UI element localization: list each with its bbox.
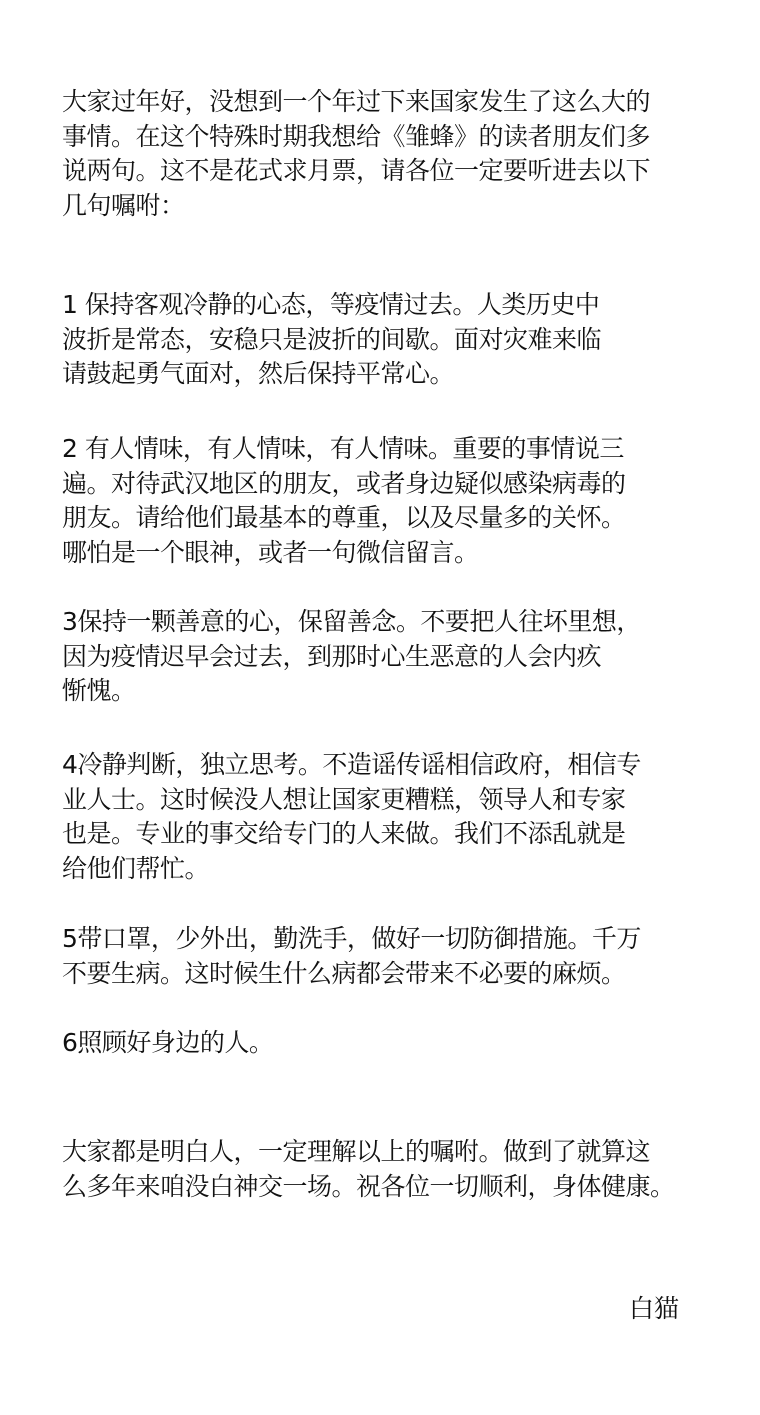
text-line: 朋友。请给他们最基本的尊重，以及尽量多的关怀。 [62, 501, 626, 536]
text-line: 业人士。这时候没人想让国家更糟糕，领导人和专家 [62, 783, 641, 818]
text-line: 大家过年好，没想到一个年过下来国家发生了这么大的 [62, 85, 650, 120]
text-line: 3保持一颗善意的心，保留善念。不要把人往坏里想， [62, 605, 641, 640]
text-line: 波折是常态，安稳只是波折的间歇。面对灾难来临 [62, 323, 601, 358]
text-line: 遍。对待武汉地区的朋友，或者身边疑似感染病毒的 [62, 467, 626, 502]
text-line: 惭愧。 [62, 674, 641, 709]
text-line: 5带口罩，少外出，勤洗手，做好一切防御措施。千万 [62, 922, 641, 957]
point-5: 5带口罩，少外出，勤洗手，做好一切防御措施。千万 不要生病。这时候生什么病都会带… [62, 922, 641, 991]
text-line: 给他们帮忙。 [62, 852, 641, 887]
text-line: 说两句。这不是花式求月票，请各位一定要听进去以下 [62, 154, 650, 189]
text-line: 事情。在这个特殊时期我想给《雏蜂》的读者朋友们多 [62, 120, 650, 155]
intro-paragraph: 大家过年好，没想到一个年过下来国家发生了这么大的 事情。在这个特殊时期我想给《雏… [62, 85, 650, 223]
text-line: 不要生病。这时候生什么病都会带来不必要的麻烦。 [62, 957, 641, 992]
point-1: 1 保持客观冷静的心态，等疫情过去。人类历史中 波折是常态，安稳只是波折的间歇。… [62, 288, 601, 392]
text-line: 么多年来咱没白神交一场。祝各位一切顺利，身体健康。 [62, 1170, 675, 1205]
text-line: 也是。专业的事交给专门的人来做。我们不添乱就是 [62, 817, 641, 852]
text-line: 请鼓起勇气面对，然后保持平常心。 [62, 357, 601, 392]
text-line: 因为疫情迟早会过去，到那时心生恶意的人会内疚 [62, 640, 641, 675]
text-line: 6照顾好身边的人。 [62, 1026, 273, 1061]
text-line: 大家都是明白人，一定理解以上的嘱咐。做到了就算这 [62, 1135, 675, 1170]
text-line: 2 有人情味，有人情味，有人情味。重要的事情说三 [62, 432, 626, 467]
point-3: 3保持一颗善意的心，保留善念。不要把人往坏里想， 因为疫情迟早会过去，到那时心生… [62, 605, 641, 709]
closing-paragraph: 大家都是明白人，一定理解以上的嘱咐。做到了就算这 么多年来咱没白神交一场。祝各位… [62, 1135, 675, 1204]
text-line: 几句嘱咐： [62, 189, 650, 224]
point-2: 2 有人情味，有人情味，有人情味。重要的事情说三 遍。对待武汉地区的朋友，或者身… [62, 432, 626, 570]
text-line: 1 保持客观冷静的心态，等疫情过去。人类历史中 [62, 288, 601, 323]
point-4: 4冷静判断，独立思考。不造谣传谣相信政府，相信专 业人士。这时候没人想让国家更糟… [62, 748, 641, 886]
signature: 白猫 [629, 1292, 679, 1326]
text-line: 4冷静判断，独立思考。不造谣传谣相信政府，相信专 [62, 748, 641, 783]
text-line: 哪怕是一个眼神，或者一句微信留言。 [62, 536, 626, 571]
point-6: 6照顾好身边的人。 [62, 1026, 273, 1061]
